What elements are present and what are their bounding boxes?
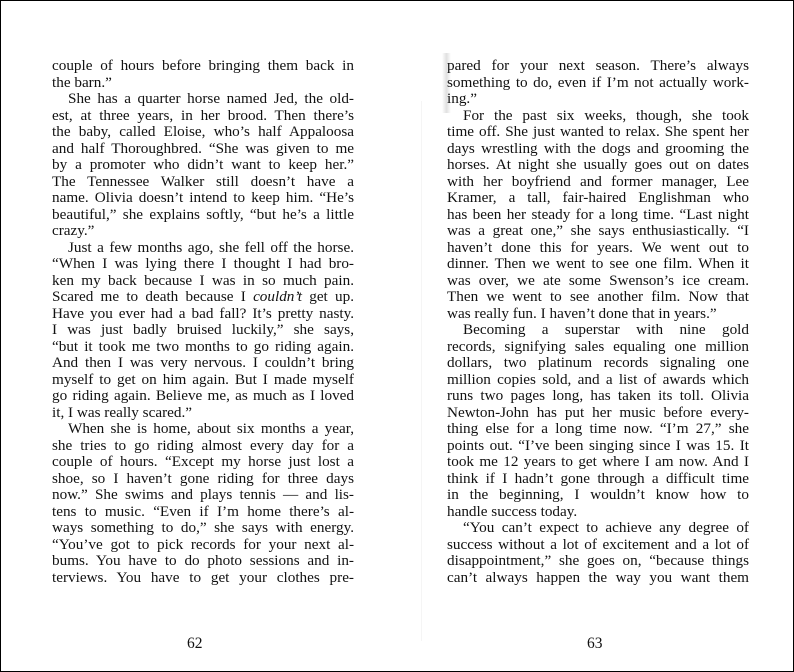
scanned-book-spread: couple of hours before bringing them bac… — [0, 0, 794, 672]
text-line: beautiful,” she explains softly, “but he… — [52, 207, 354, 224]
text-line: the baby, called Eloise, who’s half Appa… — [52, 124, 354, 141]
text-line: has been her steady for a long time. “La… — [447, 207, 749, 224]
text-line: Newton-John has put her music before eve… — [447, 405, 749, 422]
right-page-text: pared for your next season. There’s alwa… — [447, 58, 749, 586]
text-line: “When I was lying there I thought I had … — [52, 256, 354, 273]
text-line: now.” She swims and plays tennis — and l… — [52, 487, 354, 504]
text-line: thing else for a long time now. “I’m 27,… — [447, 421, 749, 438]
text-line: the barn.” — [52, 75, 354, 92]
text-line: terviews. You have to get your clothes p… — [52, 570, 354, 587]
text-line: couple of hours. “Except my horse just l… — [52, 454, 354, 471]
text-line: by a promoter who didn’t want to keep he… — [52, 157, 354, 174]
text-line: tens to music. “Even if I’m home there’s… — [52, 504, 354, 521]
text-line: disappointment,” she goes on, “because t… — [447, 553, 749, 570]
text-line: handle success today. — [447, 504, 749, 521]
text-line: ing.” — [447, 91, 749, 108]
text-line: runs two pages long, has taken its toll.… — [447, 388, 749, 405]
text-line: in the beginning, I wouldn’t know how to — [447, 487, 749, 504]
text-line: million copies sold, and a list of award… — [447, 372, 749, 389]
text-line: Then we went to see another film. Now th… — [447, 289, 749, 306]
text-line: The Tennessee Walker still doesn’t have … — [52, 174, 354, 191]
text-line: When she is home, about six months a yea… — [52, 421, 354, 438]
text-line: pared for your next season. There’s alwa… — [447, 58, 749, 75]
text-line: it, I was really scared.” — [52, 405, 354, 422]
text-line: was over, we ate some Swenson’s ice crea… — [447, 273, 749, 290]
text-line: shoe, so I haven’t gone riding for three… — [52, 471, 354, 488]
text-line: think if I hadn’t gone through a difficu… — [447, 471, 749, 488]
text-line: couple of hours before bringing them bac… — [52, 58, 354, 75]
text-line: was really fun. I haven’t done that in y… — [447, 306, 749, 323]
text-line: name. Olivia doesn’t intend to keep him.… — [52, 190, 354, 207]
text-line: was a great one,” she says enthusiastica… — [447, 223, 749, 240]
text-line: Kramer, a tall, fair-haired Englishman w… — [447, 190, 749, 207]
text-line: Just a few months ago, she fell off the … — [52, 240, 354, 257]
text-line: something to do, even if I’m not actuall… — [447, 75, 749, 92]
text-line: took me 12 years to get where I am now. … — [447, 454, 749, 471]
left-page-number: 62 — [187, 635, 203, 653]
text-line: Scared me to death because I couldn’t ge… — [52, 289, 354, 306]
text-line: “You can’t expect to achieve any degree … — [447, 520, 749, 537]
text-line: can’t always happen the way you want the… — [447, 570, 749, 587]
text-line: For the past six weeks, though, she took — [447, 108, 749, 125]
text-line: time off. She just wanted to relax. She … — [447, 124, 749, 141]
text-line: myself to get on him again. But I made m… — [52, 372, 354, 389]
text-line: dinner. Then we went to see one film. Wh… — [447, 256, 749, 273]
text-line: I was just badly bruised luckily,” she s… — [52, 322, 354, 339]
text-line: “You’ve got to pick records for your nex… — [52, 537, 354, 554]
text-line: crazy.” — [52, 223, 354, 240]
text-line: with her boyfriend and former manager, L… — [447, 174, 749, 191]
text-line: and half Thoroughbred. “She was given to… — [52, 141, 354, 158]
text-line: And then I was very nervous. I couldn’t … — [52, 355, 354, 372]
gutter-shadow-line — [421, 101, 422, 641]
text-line: days wrestling with the dogs and groomin… — [447, 141, 749, 158]
text-line: she tries to go riding almost every day … — [52, 438, 354, 455]
text-line: success without a lot of excitement and … — [447, 537, 749, 554]
text-line: points out. “I’ve been singing since I w… — [447, 438, 749, 455]
text-line: Have you ever had a bad fall? It’s prett… — [52, 306, 354, 323]
text-line: records, signifying sales equaling one m… — [447, 339, 749, 356]
left-page-text: couple of hours before bringing them bac… — [52, 58, 354, 586]
text-line: bums. You have to do photo sessions and … — [52, 553, 354, 570]
text-line: go riding again. Believe me, as much as … — [52, 388, 354, 405]
text-line: She has a quarter horse named Jed, the o… — [52, 91, 354, 108]
text-line: ken my back because I was in so much pai… — [52, 273, 354, 290]
text-line: haven’t done this for years. We went out… — [447, 240, 749, 257]
right-page-number: 63 — [587, 635, 603, 653]
text-line: Becoming a superstar with nine gold — [447, 322, 749, 339]
emphasis: couldn’t — [253, 288, 302, 305]
text-line: dollars, two platinum records signaling … — [447, 355, 749, 372]
text-line: horses. At night she usually goes out on… — [447, 157, 749, 174]
text-line: est, at three years, in her brood. Then … — [52, 108, 354, 125]
text-line: “but it took me two months to go riding … — [52, 339, 354, 356]
text-line: ways something to do,” she says with ene… — [52, 520, 354, 537]
